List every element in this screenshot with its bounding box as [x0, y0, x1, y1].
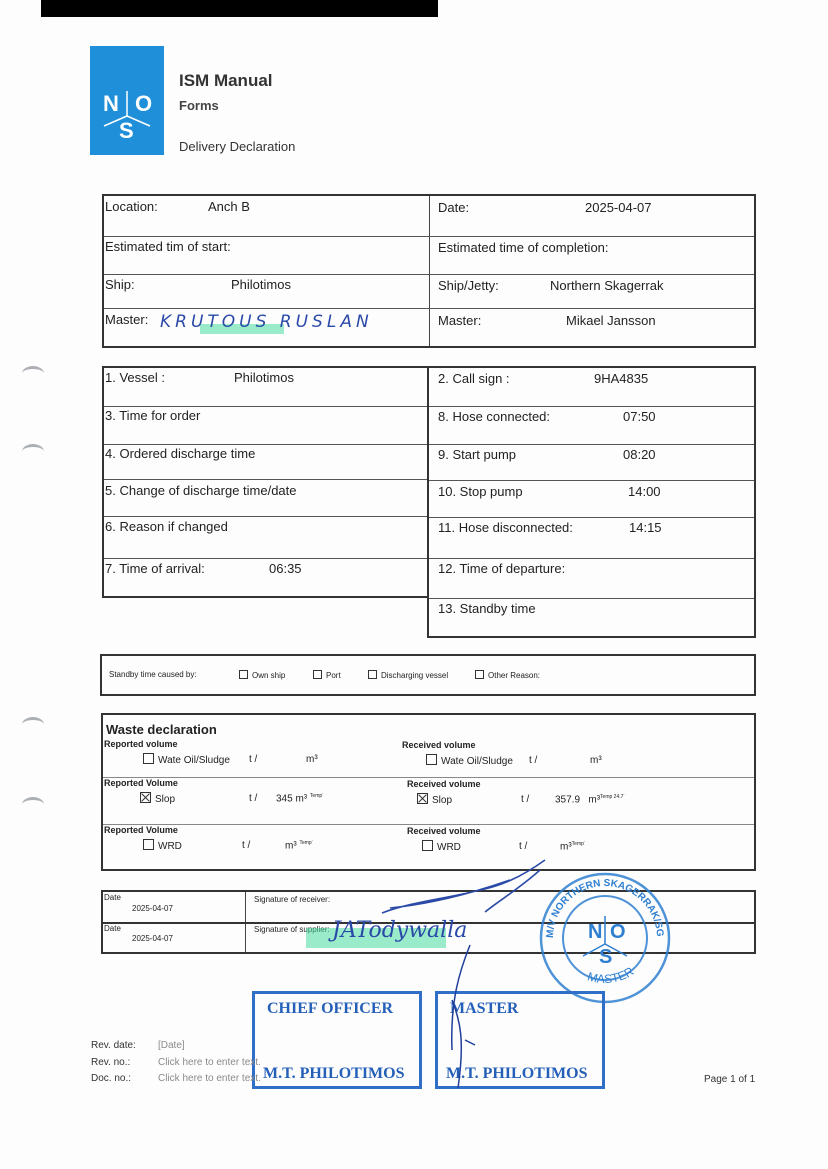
doc-no-label: Doc. no.: [91, 1073, 131, 1084]
received-m3[interactable]: 357.9 m³Temp 24.7˙ [555, 794, 625, 805]
svg-text:S: S [119, 118, 134, 143]
ship-value[interactable]: Philotimos [231, 277, 291, 292]
reason-changed-label: 6. Reason if changed [105, 519, 228, 534]
checkbox-icon[interactable] [313, 670, 322, 679]
master-left-handwritten[interactable]: KRUTOUS RUSLAN [160, 312, 373, 332]
times-left-column: 1. Vessel : Philotimos 3. Time for order… [102, 366, 429, 598]
redaction-bar [41, 0, 438, 17]
master-left-label: Master: [105, 312, 148, 327]
option-label: Own ship [252, 671, 285, 680]
received-m3[interactable]: m³Temp˙ [560, 841, 586, 852]
rev-no-field[interactable]: Click here to enter text. [158, 1057, 261, 1068]
stop-pump-value[interactable]: 14:00 [628, 484, 661, 499]
punch-hole [22, 444, 44, 459]
ordered-discharge-label: 4. Ordered discharge time [105, 446, 255, 461]
item-label: Slop [155, 794, 175, 805]
ship-jetty-label: Ship/Jetty: [438, 278, 499, 293]
reported-tonnes[interactable]: t / [249, 754, 257, 765]
est-start-label: Estimated tim of start: [105, 239, 231, 254]
time-for-order-label: 3. Time for order [105, 408, 200, 423]
date-label: Date [104, 893, 121, 902]
nos-logo: N O S [90, 46, 164, 155]
rev-date-field[interactable]: [Date] [158, 1040, 185, 1051]
punch-hole [22, 797, 44, 812]
item-label: Wate Oil/Sludge [158, 755, 230, 766]
item-label: WRD [158, 841, 182, 852]
received-tonnes[interactable]: t / [529, 755, 537, 766]
master-signature-scribble [440, 940, 500, 1090]
received-waste-oil[interactable]: Wate Oil/Sludge [426, 754, 513, 767]
checkbox-icon[interactable] [143, 839, 154, 850]
received-m3[interactable]: m³ [590, 755, 602, 766]
punch-hole [22, 366, 44, 381]
change-discharge-label: 5. Change of discharge time/date [105, 483, 297, 498]
rev-date-label: Rev. date: [91, 1040, 136, 1051]
date-value[interactable]: 2025-04-07 [585, 200, 652, 215]
checkbox-icon[interactable] [422, 840, 433, 851]
reported-slop[interactable]: Slop [140, 792, 175, 805]
received-tonnes[interactable]: t / [521, 794, 529, 805]
svg-text:O: O [135, 91, 152, 116]
manual-title: ISM Manual [179, 71, 273, 91]
manual-subtitle: Forms [179, 98, 219, 113]
arrival-value[interactable]: 06:35 [269, 561, 302, 576]
stamp-title: CHIEF OFFICER [267, 1000, 393, 1018]
item-label: Wate Oil/Sludge [441, 756, 513, 767]
svg-text:N: N [588, 921, 602, 943]
standby-discharging-vessel[interactable]: Discharging vessel [368, 670, 448, 680]
times-table: 1. Vessel : Philotimos 3. Time for order… [102, 366, 756, 638]
call-sign-label: 2. Call sign : [438, 371, 510, 386]
option-label: Port [326, 671, 341, 680]
received-slop[interactable]: Slop [417, 793, 452, 806]
rev-no-label: Rev. no.: [91, 1057, 130, 1068]
option-label: Other Reason: [488, 671, 540, 680]
reported-m3[interactable]: m³ [306, 754, 318, 765]
document-title: Delivery Declaration [179, 139, 295, 154]
est-completion-label: Estimated time of completion: [438, 240, 609, 255]
checkbox-icon[interactable] [143, 753, 154, 764]
page-number: Page 1 of 1 [704, 1074, 755, 1085]
svg-text:N: N [103, 91, 119, 116]
reported-m3[interactable]: 345 m³ Temp˙ [276, 793, 324, 804]
receiver-signature-scribble[interactable] [370, 858, 550, 918]
checkbox-checked-icon[interactable] [140, 792, 151, 803]
checkbox-icon[interactable] [368, 670, 377, 679]
svg-text:S: S [599, 946, 612, 968]
checkbox-icon[interactable] [426, 754, 437, 765]
hose-disconnected-label: 11. Hose disconnected: [438, 520, 573, 535]
nos-logo-icon: N O S [90, 46, 164, 155]
punch-hole [22, 717, 44, 732]
checkbox-icon[interactable] [239, 670, 248, 679]
item-label: Slop [432, 795, 452, 806]
vessel-label: 1. Vessel : [105, 370, 165, 385]
doc-no-field[interactable]: Click here to enter text. [158, 1073, 261, 1084]
arrival-label: 7. Time of arrival: [105, 561, 205, 576]
round-company-stamp: M/V NORTHERN SKAGERRAK/SGNK MASTER N O S [535, 868, 675, 1008]
location-value[interactable]: Anch B [208, 199, 250, 214]
start-pump-label: 9. Start pump [438, 447, 516, 462]
chief-officer-stamp: CHIEF OFFICER M.T. PHILOTIMOS [252, 991, 422, 1089]
received-wrd[interactable]: WRD [422, 840, 461, 853]
standby-time-label: 13. Standby time [438, 601, 536, 616]
master-right-value[interactable]: Mikael Jansson [566, 313, 656, 328]
checkbox-icon[interactable] [475, 670, 484, 679]
general-info-table: Location: Anch B Date: 2025-04-07 Estima… [102, 194, 756, 348]
call-sign-value[interactable]: 9HA4835 [594, 371, 648, 386]
reported-volume-label: Reported volume [104, 739, 178, 749]
standby-own-ship[interactable]: Own ship [239, 670, 285, 680]
location-label: Location: [105, 199, 158, 214]
received-volume-label: Received volume [407, 779, 481, 789]
waste-declaration-title: Waste declaration [106, 722, 217, 737]
standby-cause-row: Standby time caused by: Own ship Port Di… [100, 654, 756, 696]
reported-wrd[interactable]: WRD [143, 839, 182, 852]
receiver-signature-label: Signature of receiver: [254, 895, 330, 904]
stamp-vessel: M.T. PHILOTIMOS [263, 1065, 405, 1083]
hose-connected-value[interactable]: 07:50 [623, 409, 656, 424]
start-pump-value[interactable]: 08:20 [623, 447, 656, 462]
reported-m3[interactable]: m³ Temp˙ [285, 840, 313, 851]
checkbox-checked-icon[interactable] [417, 793, 428, 804]
reported-tonnes[interactable]: t / [249, 793, 257, 804]
receiver-date[interactable]: 2025-04-07 [132, 904, 173, 913]
reported-tonnes[interactable]: t / [242, 840, 250, 851]
svg-text:O: O [610, 921, 626, 943]
waste-declaration-table: Waste declaration Reported volume Wate O… [101, 713, 756, 871]
option-label: Discharging vessel [381, 671, 448, 680]
hose-connected-label: 8. Hose connected: [438, 409, 550, 424]
master-right-label: Master: [438, 313, 481, 328]
vessel-value[interactable]: Philotimos [234, 370, 294, 385]
hose-disconnected-value[interactable]: 14:15 [629, 520, 662, 535]
standby-port[interactable]: Port [313, 670, 341, 680]
received-volume-label: Received volume [407, 826, 481, 836]
times-right-column: 2. Call sign : 9HA4835 8. Hose connected… [427, 366, 756, 638]
ship-label: Ship: [105, 277, 135, 292]
supplier-date[interactable]: 2025-04-07 [132, 934, 173, 943]
received-volume-label: Received volume [402, 740, 476, 750]
standby-cause-label: Standby time caused by: [109, 670, 197, 679]
reported-volume-label: Reported Volume [104, 825, 178, 835]
standby-other-reason[interactable]: Other Reason: [475, 670, 540, 680]
stop-pump-label: 10. Stop pump [438, 484, 523, 499]
departure-label: 12. Time of departure: [438, 561, 565, 576]
date-label: Date [104, 924, 121, 933]
date-label: Date: [438, 200, 469, 215]
ship-jetty-value[interactable]: Northern Skagerrak [550, 278, 663, 293]
reported-waste-oil[interactable]: Wate Oil/Sludge [143, 753, 230, 766]
reported-volume-label: Reported Volume [104, 778, 178, 788]
item-label: WRD [437, 842, 461, 853]
received-tonnes[interactable]: t / [519, 841, 527, 852]
